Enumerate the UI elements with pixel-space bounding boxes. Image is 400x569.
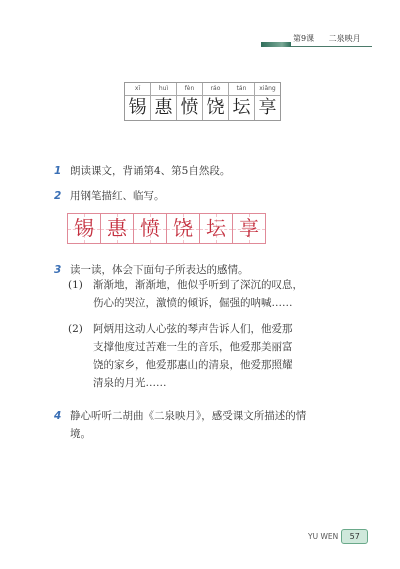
exercise-text: 读一读，体会下面句子所表达的感情。 [70,264,249,276]
exercise-number: 4 [54,410,70,422]
sentence-label: (2) [68,320,93,338]
vocab-cell: fèn愤 [177,83,203,120]
subject-label: YU WEN [308,532,338,541]
exercise-number: 3 [54,264,70,276]
exercise-4: 4静心听听二胡曲《二泉映月》，感受课文所描述的情 [54,408,306,423]
vocab-table: xī锡 huì惠 fèn愤 ráo饶 tán坛 xiǎng享 [124,82,281,121]
hanzi: 惠 [151,96,176,120]
exercise-1: 1朗读课文，背诵第4、第5自然段。 [54,163,230,178]
pinyin: fèn [177,83,202,96]
copy-cell: 惠 [101,214,134,243]
copy-cell: 坛 [200,214,233,243]
hanzi: 坛 [229,96,254,120]
vocab-cell: xiǎng享 [255,83,280,120]
sentence-line: 清泉的月光…… [68,374,368,392]
header-decoration-bar [261,42,291,47]
copy-char: 饶 [173,216,193,240]
exercise-text: 境。 [70,428,91,440]
vocab-cell: tán坛 [229,83,255,120]
copy-cell: 锡 [68,214,101,243]
sentence-line: 饶的家乡，他爱那惠山的清泉，他爱那照耀 [68,356,368,374]
sentence-label: (1) [68,276,93,294]
exercise-text: 朗读课文，背诵第4、第5自然段。 [70,165,230,177]
copy-grid: 锡 惠 愤 饶 坛 享 [67,213,266,244]
copy-cell: 愤 [134,214,167,243]
vocab-cell: xī锡 [125,83,151,120]
sentence-line: 阿炳用这动人心弦的琴声告诉人们，他爱那 [93,323,293,335]
exercise-text: 用钢笔描红、临写。 [70,190,165,202]
page-footer: YU WEN 57 [308,529,368,544]
vocab-cell: ráo饶 [203,83,229,120]
pinyin: tán [229,83,254,96]
sentence-1: (1)渐渐地，渐渐地，他似乎听到了深沉的叹息， 伤心的哭泣，激愤的倾诉，倔强的呐… [68,276,368,312]
exercise-3: 3读一读，体会下面句子所表达的感情。 [54,262,249,277]
exercise-2: 2用钢笔描红、临写。 [54,188,165,203]
copy-char: 锡 [74,216,94,240]
exercise-number: 1 [54,165,70,177]
header-rule [291,46,372,47]
lesson-number: 第9课 [293,34,314,43]
lesson-title: 二泉映月 [329,34,361,43]
exercise-4-continuation: 境。 [70,426,91,441]
hanzi: 饶 [203,96,228,120]
vocab-cell: huì惠 [151,83,177,120]
sentence-line: 支撑他度过苦难一生的音乐，他爱那美丽富 [68,338,368,356]
copy-cell: 饶 [167,214,200,243]
pinyin: ráo [203,83,228,96]
page-number: 57 [341,529,368,544]
hanzi: 锡 [125,96,150,120]
page-header: 第9课 二泉映月 [255,33,400,49]
copy-char: 坛 [206,216,226,240]
exercise-text: 静心听听二胡曲《二泉映月》，感受课文所描述的情 [70,410,306,422]
sentence-line: 渐渐地，渐渐地，他似乎听到了深沉的叹息， [93,279,303,291]
hanzi: 愤 [177,96,202,120]
pinyin: xī [125,83,150,96]
exercise-number: 2 [54,190,70,202]
copy-char: 愤 [140,216,160,240]
copy-cell: 享 [233,214,265,243]
pinyin: huì [151,83,176,96]
header-text: 第9课 二泉映月 [293,33,361,44]
hanzi: 享 [255,96,280,120]
copy-char: 惠 [107,216,127,240]
sentence-2: (2)阿炳用这动人心弦的琴声告诉人们，他爱那 支撑他度过苦难一生的音乐，他爱那美… [68,320,368,392]
sentence-line: 伤心的哭泣，激愤的倾诉，倔强的呐喊…… [68,294,368,312]
copy-char: 享 [239,216,259,240]
pinyin: xiǎng [255,83,280,96]
